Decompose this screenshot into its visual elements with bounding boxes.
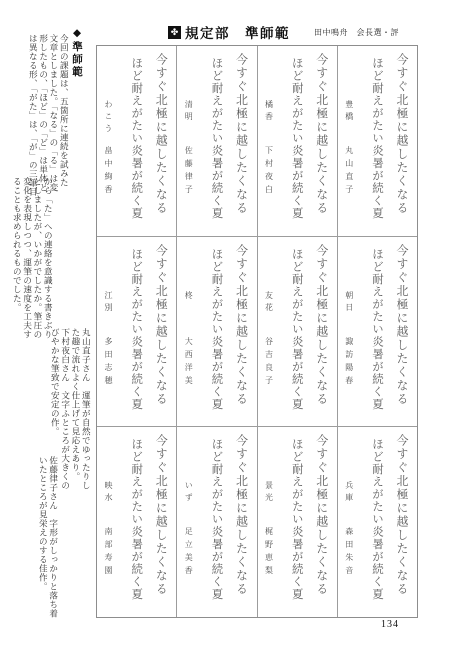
works-row: 今すぐ北極に越したくなる ほど耐えがたい炎暑が続く夏 朝日 諏訪陽春 今すぐ北極… <box>97 236 417 427</box>
critique-intro-block-2: から「た」への連絡を意識する書きぶりとしましたが、いかがでしたか。筆圧の変化を表… <box>12 177 53 349</box>
poem-line-1: 今すぐ北極に越したくなる <box>394 244 411 406</box>
poem-line-1: 今すぐ北極に越したくなる <box>314 434 331 596</box>
works-row: 今すぐ北極に越したくなる ほど耐えがたい炎暑が続く夏 豊橋 丸山直子 今すぐ北極… <box>97 46 417 236</box>
work-cell: 今すぐ北極に越したくなる ほど耐えがたい炎暑が続く夏 柊 大西洋美 <box>176 237 256 427</box>
artist-branch: 江別 <box>103 291 114 315</box>
artist-name: 畠中絢香 <box>103 146 114 198</box>
artist-name: 梶野恵梨 <box>264 527 275 579</box>
poem-line-2: ほど耐えがたい炎暑が続く夏 <box>369 248 385 411</box>
page-number: 134 <box>381 619 399 630</box>
poem-line-1: 今すぐ北極に越したくなる <box>314 244 331 406</box>
artist-name: 佐藤律子 <box>183 146 194 198</box>
artist-branch: 橘香 <box>264 100 275 124</box>
work-cell: 今すぐ北極に越したくなる ほど耐えがたい炎暑が続く夏 清明 佐藤律子 <box>176 46 256 236</box>
critique-line: ることも求められるものでした。 <box>12 177 22 349</box>
work-cell: 今すぐ北極に越したくなる ほど耐えがたい炎暑が続く夏 朝日 諏訪陽春 <box>337 237 417 427</box>
poem-line-2: ほど耐えがたい炎暑が続く夏 <box>128 248 144 411</box>
critique-line: としましたが、いかがでしたか。筆圧の <box>33 177 43 349</box>
artist-branch: 柊 <box>183 291 194 303</box>
critique-line: 佐藤律子さん 字形がしっかりと落ち着 <box>48 456 58 596</box>
artist-name: 諏訪陽春 <box>344 337 355 389</box>
work-cell: 今すぐ北極に越したくなる ほど耐えがたい炎暑が続く夏 映水 南部寿園 <box>97 427 176 617</box>
poem-line-1: 今すぐ北極に越したくなる <box>234 434 251 596</box>
poem-line-1: 今すぐ北極に越したくなる <box>394 53 411 215</box>
poem-line-2: ほど耐えがたい炎暑が続く夏 <box>128 438 144 601</box>
poem-line-1: 今すぐ北極に越したくなる <box>153 53 170 215</box>
work-cell: 今すぐ北極に越したくなる ほど耐えがたい炎暑が続く夏 いず 足立美香 <box>176 427 256 617</box>
critique-line: 下村夜白さん 文字ふところが大きくの <box>60 328 70 488</box>
poem-line-2: ほど耐えがたい炎暑が続く夏 <box>209 57 225 220</box>
selector-credit: 田中鳴舟 会長選・評 <box>314 27 399 38</box>
poem-line-2: ほど耐えがたい炎暑が続く夏 <box>128 57 144 220</box>
poem-line-1: 今すぐ北極に越したくなる <box>153 244 170 406</box>
artist-branch: 友花 <box>264 291 275 315</box>
poem-line-2: ほど耐えがたい炎暑が続く夏 <box>289 57 305 220</box>
critique-heading: ◆準師範 <box>70 27 85 79</box>
work-cell: 今すぐ北極に越したくなる ほど耐えがたい炎暑が続く夏 豊橋 丸山直子 <box>337 46 417 236</box>
artist-name: 森田朱音 <box>344 527 355 579</box>
page-header: ✤ 規定部 準師範 田中鳴舟 会長選・評 <box>168 22 399 42</box>
artist-name: 南部寿園 <box>103 527 114 579</box>
poem-line-2: ほど耐えがたい炎暑が続く夏 <box>369 438 385 601</box>
poem-line-1: 今すぐ北極に越したくなる <box>394 434 411 596</box>
work-cell: 今すぐ北極に越したくなる ほど耐えがたい炎暑が続く夏 友花 谷吉良子 <box>257 237 337 427</box>
works-grid: 今すぐ北極に越したくなる ほど耐えがたい炎暑が続く夏 豊橋 丸山直子 今すぐ北極… <box>96 45 418 618</box>
poem-line-2: ほど耐えがたい炎暑が続く夏 <box>289 248 305 411</box>
artist-branch: 映水 <box>103 481 114 505</box>
artist-name: 下村夜白 <box>264 146 275 198</box>
critique-line: いたところが見栄えのする佳作。 <box>38 456 48 596</box>
artist-branch: 豊橋 <box>344 100 355 124</box>
poem-line-1: 今すぐ北極に越したくなる <box>153 434 170 596</box>
critique-line: 丸山直子さん 運筆が自然でゆったりし <box>81 328 91 488</box>
work-cell: 今すぐ北極に越したくなる ほど耐えがたい炎暑が続く夏 わこう 畠中絢香 <box>97 46 176 236</box>
works-row: 今すぐ北極に越したくなる ほど耐えがたい炎暑が続く夏 兵庫 森田朱音 今すぐ北極… <box>97 426 417 617</box>
artist-branch: 兵庫 <box>344 481 355 505</box>
critique-line: た趣で流れよく仕上げて見応えあり。 <box>71 328 81 488</box>
poem-line-2: ほど耐えがたい炎暑が続く夏 <box>209 248 225 411</box>
artist-name: 足立美香 <box>183 527 194 579</box>
artist-branch: 景光 <box>264 481 275 505</box>
artist-name: 多田志穂 <box>103 337 114 389</box>
work-cell: 今すぐ北極に越したくなる ほど耐えがたい炎暑が続く夏 兵庫 森田朱音 <box>337 427 417 617</box>
critique-line: 変化を表現しつつ、運筆の速度を工夫す <box>22 177 32 349</box>
work-cell: 今すぐ北極に越したくなる ほど耐えがたい炎暑が続く夏 景光 梶野恵梨 <box>257 427 337 617</box>
work-cell: 今すぐ北極に越したくなる ほど耐えがたい炎暑が続く夏 江別 多田志穂 <box>97 237 176 427</box>
poem-line-2: ほど耐えがたい炎暑が続く夏 <box>209 438 225 601</box>
artist-branch: 朝日 <box>344 291 355 315</box>
artist-branch: わこう <box>103 100 114 136</box>
artist-branch: いず <box>183 481 194 505</box>
poem-line-2: ほど耐えがたい炎暑が続く夏 <box>369 57 385 220</box>
artist-name: 谷吉良子 <box>264 337 275 389</box>
poem-line-2: ほど耐えがたい炎暑が続く夏 <box>289 438 305 601</box>
poem-line-1: 今すぐ北極に越したくなる <box>234 244 251 406</box>
critique-line: から「た」への連絡を意識する書きぶり <box>43 177 53 349</box>
section-marker-icon: ✤ <box>168 26 181 39</box>
artist-name: 大西洋美 <box>183 337 194 389</box>
poem-line-1: 今すぐ北極に越したくなる <box>314 53 331 215</box>
artist-branch: 清明 <box>183 100 194 124</box>
critique-line: 今回の課題は、五箇所に連続を試みた <box>59 34 69 230</box>
magazine-page: ✤ 規定部 準師範 田中鳴舟 会長選・評 ◆準師範 今回の課題は、五箇所に連続を… <box>0 0 454 650</box>
poem-line-1: 今すぐ北極に越したくなる <box>234 53 251 215</box>
critique-comments-block-2: 佐藤律子さん 字形がしっかりと落ち着いたところが見栄えのする佳作。 <box>38 456 59 596</box>
work-cell: 今すぐ北極に越したくなる ほど耐えがたい炎暑が続く夏 橘香 下村夜白 <box>257 46 337 236</box>
section-title: 規定部 準師範 <box>185 22 290 42</box>
artist-name: 丸山直子 <box>344 146 355 198</box>
